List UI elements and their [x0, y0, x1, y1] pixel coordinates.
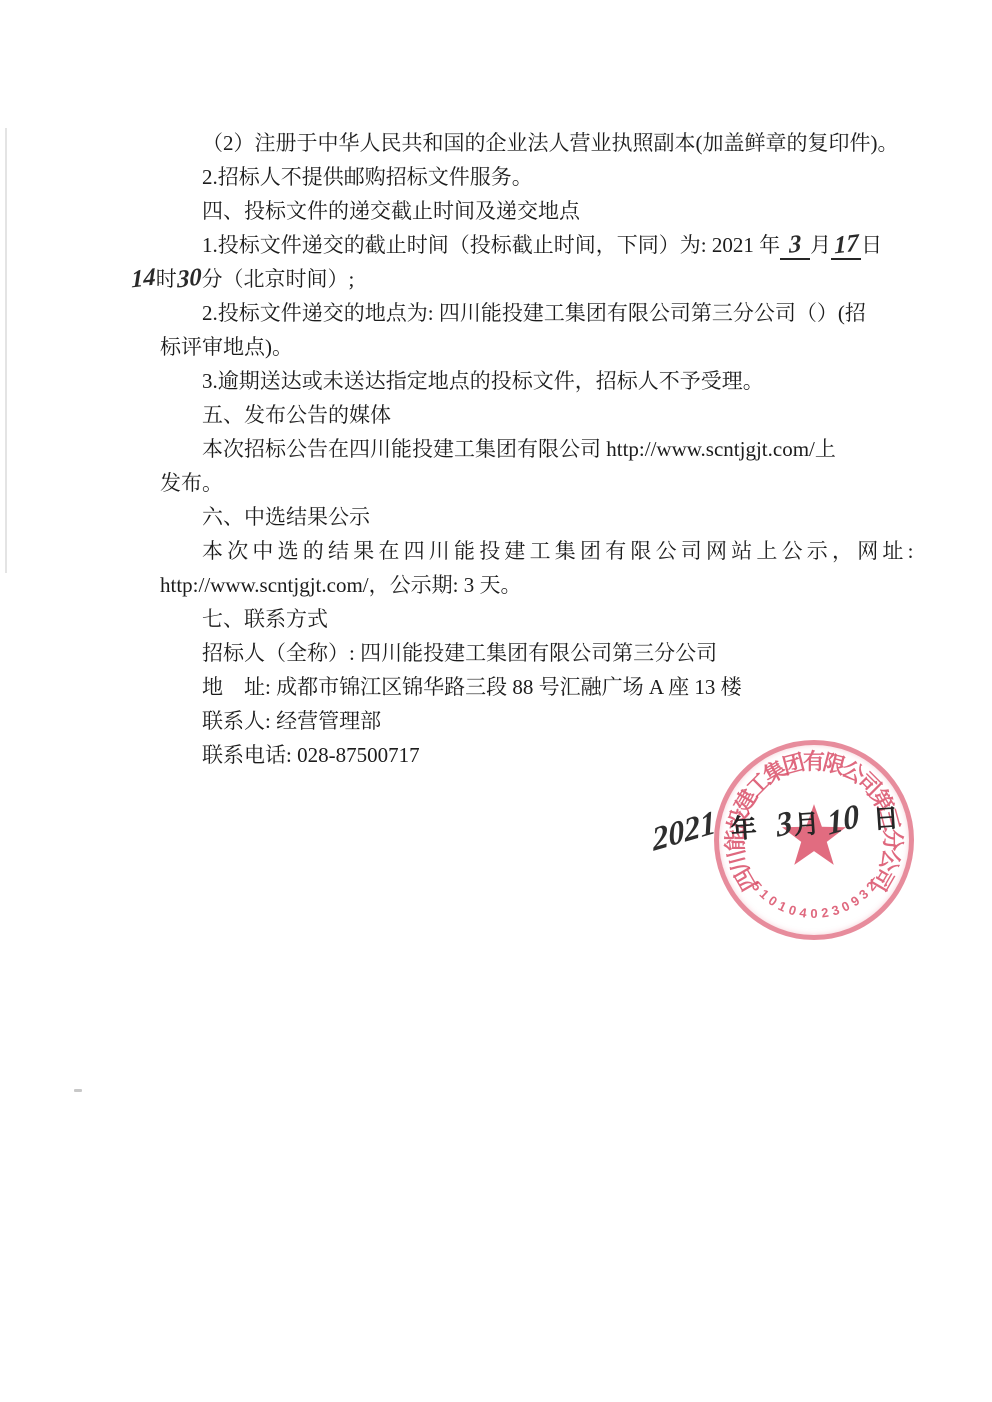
text-line: 14时30分（北京时间）; [131, 262, 876, 296]
printed-text: 本次招标公告在四川能投建工集团有限公司 http://www.scntjgjt.… [202, 437, 836, 461]
printed-text: http://www.scntjgjt.com/，公示期: 3 天。 [160, 573, 521, 597]
scan-speck-artifact [74, 1089, 82, 1092]
printed-text: 联系人: 经营管理部 [202, 709, 381, 733]
text-line: 2.招标人不提供邮购招标文件服务。 [160, 160, 876, 194]
text-line: 招标人（全称）: 四川能投建工集团有限公司第三分公司 [160, 636, 876, 670]
printed-text: 时 [156, 267, 177, 291]
handwritten-text: 17 [831, 233, 861, 260]
handwritten-text: 14 [131, 265, 156, 293]
printed-text: 发布。 [160, 471, 223, 495]
printed-text: 五、发布公告的媒体 [202, 403, 391, 427]
text-line: 七、联系方式 [160, 602, 876, 636]
text-line: 本次中选的结果在四川能投建工集团有限公司网站上公示，网址: [160, 534, 876, 568]
text-line: 五、发布公告的媒体 [160, 398, 876, 432]
printed-text: 1.投标文件递交的截止时间（投标截止时间，下同）为: 2021 年 [202, 233, 780, 257]
text-line: 联系人: 经营管理部 [160, 704, 876, 738]
handwritten-text: 10 [825, 800, 860, 842]
text-line: http://www.scntjgjt.com/，公示期: 3 天。 [160, 568, 876, 602]
printed-text: 月 [810, 233, 831, 257]
printed-text: 年 [717, 812, 776, 845]
printed-text: 联系电话: 028-87500717 [202, 743, 420, 767]
text-line: 标评审地点)。 [160, 330, 876, 364]
text-line: 1.投标文件递交的截止时间（投标截止时间，下同）为: 2021 年3月17日 [160, 228, 876, 262]
text-line: 2.投标文件递交的地点为: 四川能投建工集团有限公司第三分公司（）(招 [160, 296, 876, 330]
printed-text: 七、联系方式 [202, 607, 328, 631]
text-line: 地 址: 成都市锦江区锦华路三段 88 号汇融广场 A 座 13 楼 [160, 670, 876, 704]
scan-edge-artifact [5, 128, 7, 573]
printed-text: （2）注册于中华人民共和国的企业法人营业执照副本(加盖鲜章的复印件)。 [202, 131, 898, 155]
text-line: 本次招标公告在四川能投建工集团有限公司 http://www.scntjgjt.… [160, 432, 876, 466]
printed-text: 分（北京时间）; [202, 267, 355, 291]
printed-text: 日 [861, 233, 882, 257]
printed-text: 地 址: 成都市锦江区锦华路三段 88 号汇融广场 A 座 13 楼 [202, 675, 742, 699]
printed-text: 四、投标文件的递交截止时间及递交地点 [202, 199, 580, 223]
printed-text: 2.投标文件递交的地点为: 四川能投建工集团有限公司第三分公司（）(招 [202, 301, 866, 325]
handwritten-text: 30 [177, 265, 202, 293]
text-line: 六、中选结果公示 [160, 500, 876, 534]
scanned-document-page: { "document": { "lines": [ { "indent": 2… [0, 0, 992, 1402]
handwritten-text: 3 [780, 233, 810, 260]
handwritten-text: 2021 [651, 806, 718, 858]
text-line: 发布。 [160, 466, 876, 500]
text-line: （2）注册于中华人民共和国的企业法人营业执照副本(加盖鲜章的复印件)。 [160, 126, 876, 160]
printed-text: 月 [793, 809, 827, 840]
text-line: 四、投标文件的递交截止时间及递交地点 [160, 194, 876, 228]
printed-text: 日 [859, 803, 905, 835]
document-text: （2）注册于中华人民共和国的企业法人营业执照副本(加盖鲜章的复印件)。2.招标人… [160, 126, 876, 772]
printed-text: 3.逾期送达或未送达指定地点的投标文件，招标人不予受理。 [202, 369, 764, 393]
printed-text: 2.招标人不提供邮购招标文件服务。 [202, 165, 533, 189]
printed-text: 本次中选的结果在四川能投建工集团有限公司网站上公示，网址: [202, 539, 918, 563]
printed-text: 招标人（全称）: 四川能投建工集团有限公司第三分公司 [202, 641, 717, 665]
text-line: 3.逾期送达或未送达指定地点的投标文件，招标人不予受理。 [160, 364, 876, 398]
handwritten-text: 3 [775, 806, 794, 844]
printed-text: 标评审地点)。 [160, 335, 293, 359]
printed-text: 六、中选结果公示 [202, 505, 370, 529]
